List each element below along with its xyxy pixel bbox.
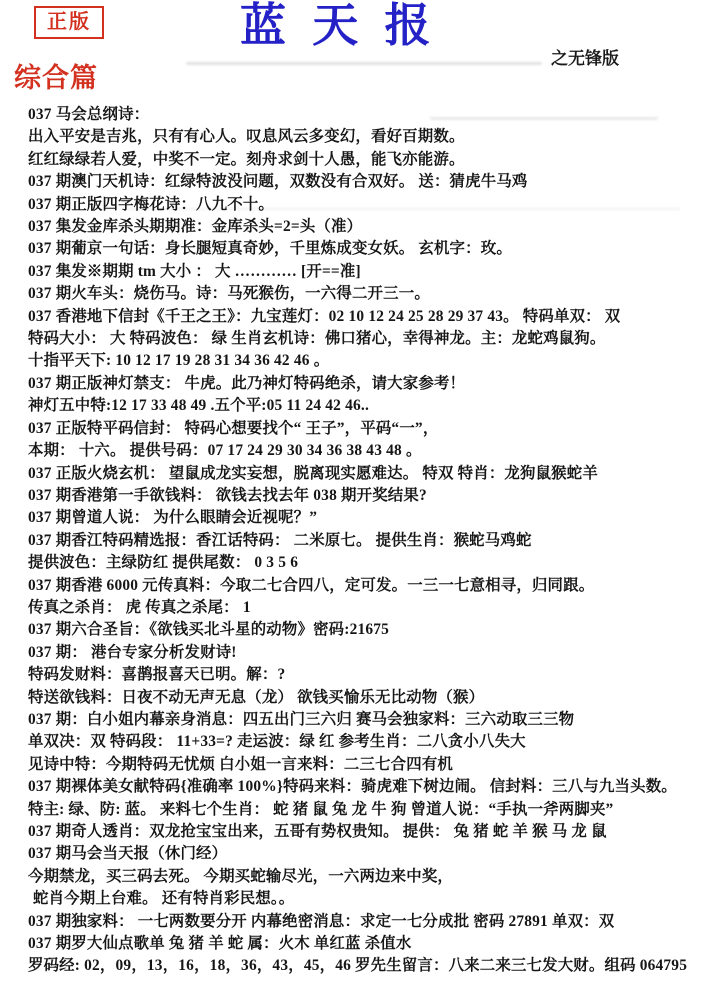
text-line: 037 期澳门天机诗：红绿特波没问题，双数没有合双好。 送：猜虎牛马鸡	[28, 171, 708, 193]
genuine-stamp: 正版	[34, 6, 104, 39]
text-line: 037 期：白小姐内幕亲身消息：四五出门三六归 赛马会独家料：三六动取三三物	[28, 709, 708, 731]
text-line: 037 集发※期期 tm 大小 ： 大 ………… [开==准]	[28, 261, 708, 283]
text-line: 传真之杀肖： 虎 传真之杀尾： 1	[28, 597, 708, 619]
text-line: 单双决：双 特码段： 11+33=? 走运波：绿 红 参考生肖：二八贪小八失大	[28, 731, 708, 753]
text-line: 红红绿绿若人爱，中奖不一定。刻舟求剑十人愚，能飞亦能游。	[28, 149, 708, 171]
text-line: 特码发财料：喜鹊报喜天已明。解：?	[28, 664, 708, 686]
text-line: 神灯五中特:12 17 33 48 49 .五个平:05 11 24 42 46…	[28, 395, 708, 417]
scan-artifact	[186, 62, 542, 65]
text-line: 037 期马会当天报（休门经）	[28, 843, 708, 865]
text-line: 037 期独家料： 一七两数要分开 内幕绝密消息：求定一七分成批 密码 2789…	[28, 911, 708, 933]
text-line: 特送欲钱料：日夜不动无声无息（龙） 欲钱买愉乐无比动物（猴）	[28, 687, 708, 709]
text-line: 037 期葡京一句话：身长腿短真奇妙，千里炼成变女妖。 玄机字：玫。	[28, 238, 708, 260]
text-line: 037 香港地下信封《千王之王》：九宝莲灯：02 10 12 24 25 28 …	[28, 306, 708, 328]
page-title: 蓝 天 报	[240, 0, 430, 53]
report-body: 037 马会总纲诗： 出入平安是吉兆，只有有心人。叹息风云多变幻，看好百期数。 …	[28, 104, 708, 978]
text-line: 特码大小： 大 特码波色： 绿 生肖玄机诗：佛口猪心，幸得神龙。主：龙蛇鸡鼠狗。	[28, 328, 708, 350]
text-line: 037 正版特平码信封： 特码心想要找个“ 王子”，平码“一”，	[28, 418, 708, 440]
text-line: 罗码经: 02，09，13，16，18，36，43，45，46 罗先生留言：八来…	[28, 955, 708, 977]
text-line: 037 期奇人透肖：双龙抢宝宝出来，五哥有势权贵知。 提供： 兔 猪 蛇 羊 猴…	[28, 821, 708, 843]
text-line: 037 集发金库杀头期期准：金库杀头=2=头（准）	[28, 216, 708, 238]
text-line: 037 期香港 6000 元传真料：今取二七合四八，定可发。一三一七意相寻，归同…	[28, 575, 708, 597]
text-line: 037 期裸体美女献特码{准确率 100%}特码来料：骑虎难下树边闹。 信封料：…	[28, 776, 708, 798]
text-line: 037 期罗大仙点歌单 兔 猪 羊 蛇 属：火木 单红蓝 杀值水	[28, 933, 708, 955]
text-line: 037 期火车头：烧伤马。诗：马死猴伤，一六得二开三一。	[28, 283, 708, 305]
text-line: 十指平天下: 10 12 17 19 28 31 34 36 42 46 。	[28, 350, 708, 372]
text-line: 今期禁龙，买三码去死。 今期买蛇输尽光，一六两边来中奖，	[28, 866, 708, 888]
edition-label: 之无锋版	[551, 44, 619, 69]
text-line indent: 蛇肖今期上台难。 还有特肖彩民想。。	[28, 888, 708, 910]
text-line: 037 期正版神灯禁支： 牛虎。此乃神灯特码绝杀，请大家参考！	[28, 373, 708, 395]
text-line: 提供波色：主绿防红 提供尾数： 0 3 5 6	[28, 552, 708, 574]
text-line: 037 正版火烧玄机： 望鼠成龙实妄想，脱离现实愿难达。 特双 特肖：龙狗鼠猴蛇…	[28, 463, 708, 485]
text-line: 037 期六合圣旨：《欲钱买北斗星的动物》密码:21675	[28, 619, 708, 641]
text-line: 037 期香江特码精选报：香江话特码： 二米原七。 提供生肖：猴蛇马鸡蛇	[28, 530, 708, 552]
text-line: 037 期正版四字梅花诗：八九不十。	[28, 194, 708, 216]
text-line: 本期： 十六。 提供号码：07 17 24 29 30 34 36 38 43 …	[28, 440, 708, 462]
text-line: 037 马会总纲诗：	[28, 104, 708, 126]
text-line: 见诗中特：今期特码无忧烦 白小姐一言来料：二三七合四有机	[28, 754, 708, 776]
text-line: 037 期香港第一手欲钱料： 欲钱去找去年 038 期开奖结果?	[28, 485, 708, 507]
text-line: 037 期曾道人说： 为什么眼睛会近视呢？”	[28, 507, 708, 529]
section-title: 综合篇	[14, 56, 98, 95]
text-line: 037 期： 港台专家分析发财诗!	[28, 642, 708, 664]
text-line: 特主: 绿、防: 蓝。 来料七个生肖： 蛇 猪 鼠 兔 龙 牛 狗 曾道人说：“…	[28, 799, 708, 821]
text-line: 出入平安是吉兆，只有有心人。叹息风云多变幻，看好百期数。	[28, 126, 708, 148]
